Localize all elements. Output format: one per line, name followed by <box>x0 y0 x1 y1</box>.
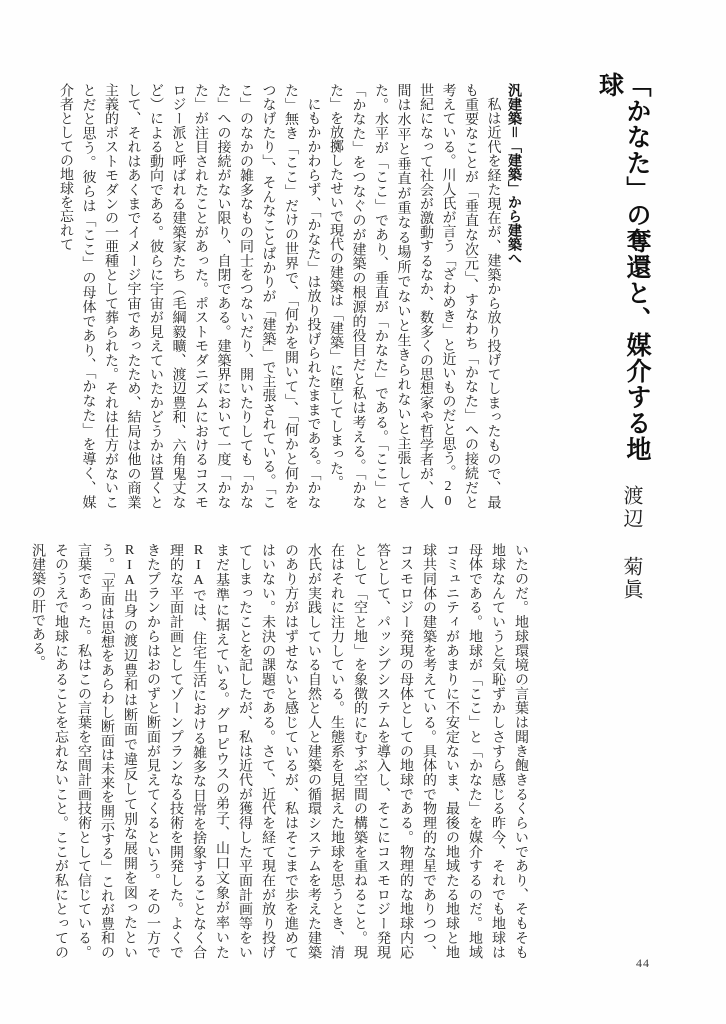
article-title: 「かなた」の奪還と、媒介する地球 <box>595 72 650 472</box>
body-lower-block: いたのだ。地球環境の言葉は聞き飽きるくらいであり、そもそも地球なんていうと気恥ず… <box>74 543 532 959</box>
magazine-page: 「かなた」の奪還と、媒介する地球 渡辺 菊眞 汎建築＝「建築」から建築へ 私は近… <box>0 0 726 1024</box>
article-author: 渡辺 菊眞 <box>617 485 646 625</box>
body-paragraph-2: にもかかわらず、「かなた」は放り投げられたままである。「かなた」無き「ここ」だけ… <box>54 83 324 509</box>
section-heading: 汎建築＝「建築」から建築へ <box>504 83 527 509</box>
body-paragraph-3: いたのだ。地球環境の言葉は聞き飽きるくらいであり、そもそも地球なんていうと気恥ず… <box>26 543 532 959</box>
body-upper-block: 汎建築＝「建築」から建築へ 私は近代を経た現在が、建築から放り投げてしまったもの… <box>74 83 526 509</box>
body-paragraph-1: 私は近代を経た現在が、建築から放り投げてしまったもので、最も重要なことが「垂直な… <box>324 83 504 509</box>
page-number: 44 <box>636 956 650 971</box>
